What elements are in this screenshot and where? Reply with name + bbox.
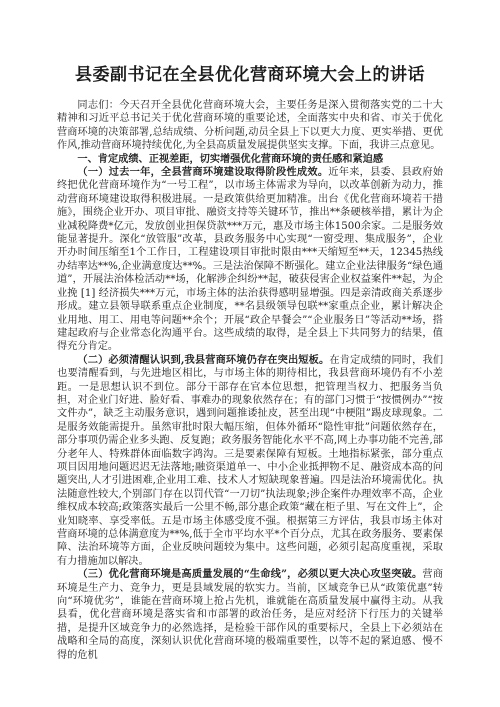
paragraph-intro: 同志们：今天召开全县优化营商环境大会，主要任务是深入贯彻落实党的二十大精神和习近… xyxy=(57,99,443,153)
section-1-heading: 一、肯定成绩、正视差距，切实增强优化营商环境的责任感和紧迫感 xyxy=(57,153,443,166)
paragraph-section-1-point-1: （一）过去一年，全县营商环境建设取得阶段性成效。近年来，县委、县政府始终把优化营… xyxy=(57,166,443,354)
lead-in-bold-text: （二）必须清醒认识到,我县营商环境仍存在突出短板。 xyxy=(77,354,329,366)
text-run: 在肯定成绩的同时，我们也要清醒看到，与先进地区相比，与市场主体的期待相比，我县营… xyxy=(57,355,443,567)
document-page: 县委副书记在全县优化营商环境大会上的讲话 同志们：今天召开全县优化营商环境大会，… xyxy=(0,0,500,707)
heading-text: 一、肯定成绩、正视差距，切实增强优化营商环境的责任感和紧迫感 xyxy=(77,153,383,165)
paragraph-section-1-point-2: （二）必须清醒认识到,我县营商环境仍存在突出短板。在肯定成绩的同时，我们也要清醒… xyxy=(57,354,443,569)
text-run: 近年来，县委、县政府始终把优化营商环境作为“一号工程”，以市场主体需求为导向，以… xyxy=(57,167,443,352)
text-run: 同志们：今天召开全县优化营商环境大会，主要任务是深入贯彻落实党的二十大精神和习近… xyxy=(57,100,443,151)
paragraph-section-1-point-3: （三）优化营商环境是高质量发展的“生命线”，必须以更大决心攻坚突破。营商环境是生… xyxy=(57,568,443,662)
lead-in-bold-text: （三）优化营商环境是高质量发展的“生命线”，必须以更大决心攻坚突破。 xyxy=(77,568,422,580)
text-run: 营商环境是生产力、竞争力，更是县域发展的软实力。当前，区域竞争已从“政策优惠”转… xyxy=(57,569,443,660)
lead-in-bold-text: （一）过去一年，全县营商环境建设取得阶段性成效。 xyxy=(77,166,328,178)
document-title: 县委副书记在全县优化营商环境大会上的讲话 xyxy=(57,64,443,86)
